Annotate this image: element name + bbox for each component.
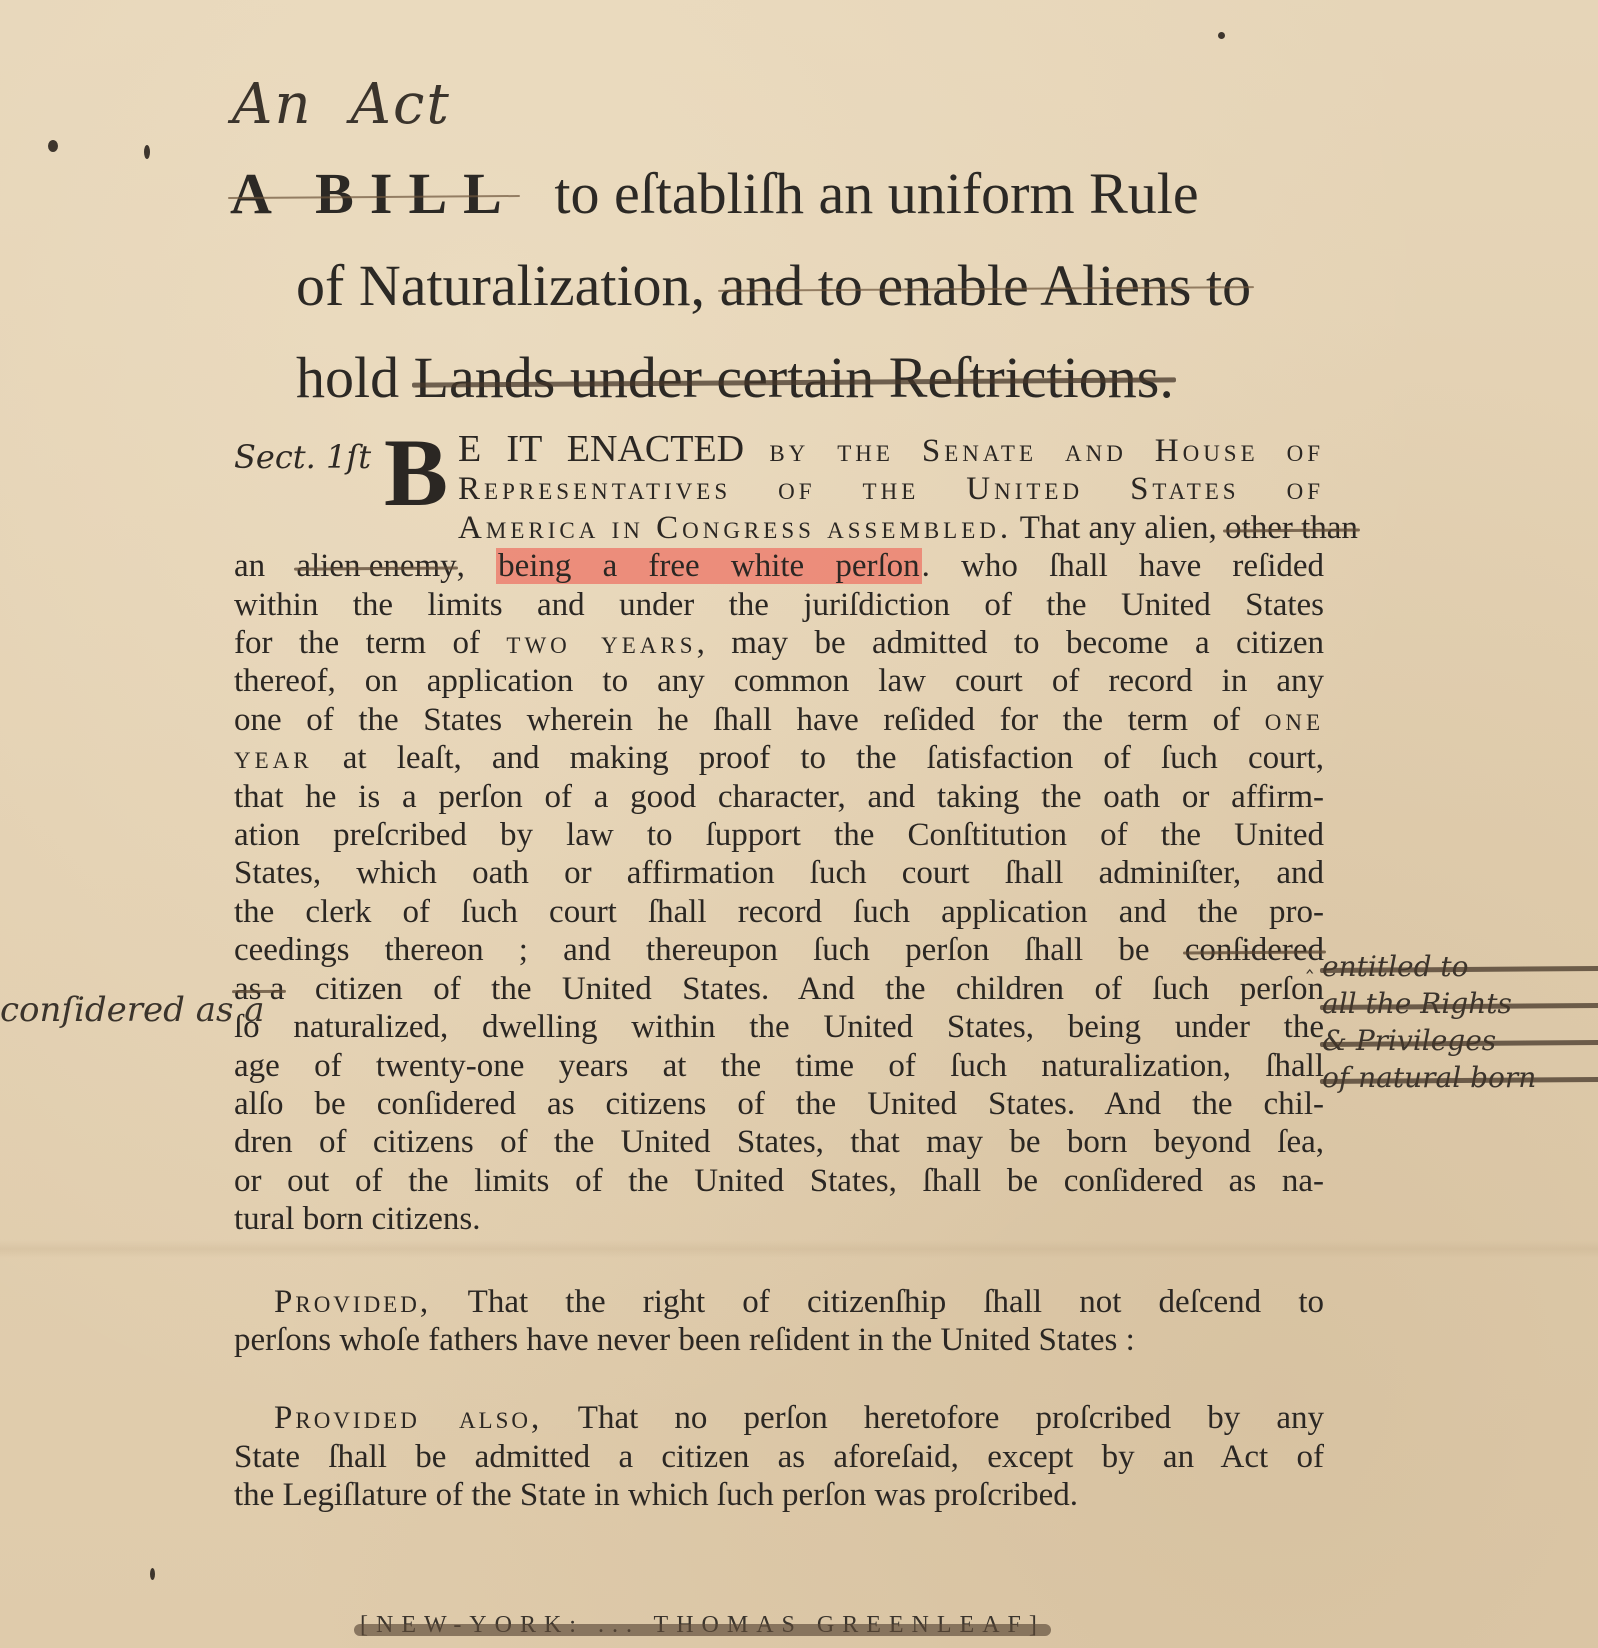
- body-text: alſo be conſidered as citizens of the Un…: [234, 1086, 1324, 1122]
- handwritten-title-insert: AnAct: [232, 72, 489, 137]
- right-margin-note: entitled to all the Rights & Privileges …: [1322, 948, 1598, 1096]
- insertion-caret: ‸: [1306, 948, 1313, 974]
- body-line: one of the States wherein he ſhall have …: [234, 701, 1324, 739]
- struck-title-text: Lands under certain Reſtrictions.: [414, 332, 1174, 424]
- title-text: hold: [296, 345, 399, 410]
- body-text: tural born citizens.: [234, 1201, 481, 1237]
- struck-margin-line: & Privileges: [1322, 1022, 1598, 1059]
- struck-margin-line: all the Rights: [1322, 985, 1598, 1022]
- struck-text: other than: [1225, 509, 1358, 547]
- small-caps-text: two years: [506, 625, 696, 661]
- body-text: the clerk of ſuch court ſhall record ſuc…: [234, 894, 1324, 930]
- section-1-lines: E IT ENACTED by the Senate and House ofR…: [384, 430, 1324, 1239]
- body-line: age of twenty-one years at the time of ſ…: [234, 1047, 1324, 1085]
- body-text: States, which oath or affirmation ſuch c…: [234, 855, 1324, 891]
- struck-text: conſidered: [1185, 931, 1324, 969]
- body-text: citizen of the United States. And the ch…: [284, 971, 1324, 1007]
- body-line: dren of citizens of the United States, t…: [234, 1123, 1324, 1161]
- left-margin-note: conſidered as a: [0, 990, 265, 1030]
- proviso-line: perſons whoſe fathers have never been re…: [234, 1321, 1324, 1359]
- struck-margin-line: of natural born: [1322, 1059, 1598, 1096]
- body-text: That any alien,: [1012, 510, 1225, 546]
- handwritten-word: Act: [351, 72, 451, 137]
- ink-speck: [48, 140, 58, 152]
- body-text: one of the States wherein he ſhall have …: [234, 702, 1265, 738]
- handwritten-word: An: [232, 72, 313, 137]
- body-text: age of twenty-one years at the time of ſ…: [234, 1048, 1324, 1084]
- struck-bill-word: A BILL: [230, 148, 518, 240]
- struck-margin-line: entitled to: [1322, 948, 1598, 985]
- body-line: an alien enemy, being a free white perſo…: [234, 547, 1324, 585]
- small-caps-text: one: [1265, 702, 1324, 738]
- small-caps-text: America in Congress assembled.: [458, 510, 1012, 546]
- document-page: AnAct A BILL to eſtabliſh an uniform Rul…: [0, 0, 1598, 1648]
- body-text: ation preſcribed by law to ſupport the C…: [234, 817, 1324, 853]
- ink-speck: [144, 145, 150, 159]
- struck-title-text: and to enable Aliens to: [720, 240, 1252, 332]
- section-1-text: B E IT ENACTED by the Senate and House o…: [384, 430, 1324, 1239]
- body-text: ſo naturalized, dwelling within the Unit…: [234, 1009, 1324, 1045]
- title-line-3: hold Lands under certain Reſtrictions.: [230, 332, 1360, 424]
- proviso-line: Provided also, That no perſon heretofore…: [274, 1399, 1324, 1437]
- body-text: thereof, on application to any common la…: [234, 663, 1324, 699]
- body-text: an: [234, 548, 296, 584]
- proviso-lead: Provided also,: [274, 1400, 542, 1436]
- title-line-2: of Naturalization, and to enable Aliens …: [230, 240, 1360, 332]
- struck-imprint-line: [NEW-YORK: ... THOMAS GREENLEAF]: [360, 1612, 1045, 1639]
- body-line: ation preſcribed by law to ſupport the C…: [234, 816, 1324, 854]
- ink-speck: [150, 1568, 155, 1580]
- bill-title: A BILL to eſtabliſh an uniform Rule of N…: [230, 148, 1360, 424]
- title-text: to eſtabliſh an uniform Rule: [554, 161, 1198, 226]
- body-line: ſo naturalized, dwelling within the Unit…: [234, 1008, 1324, 1046]
- proviso-line: State ſhall be admitted a citizen as afo…: [234, 1438, 1324, 1476]
- body-text: for the term of: [234, 625, 506, 661]
- body-line: the clerk of ſuch court ſhall record ſuc…: [234, 893, 1324, 931]
- body-line: tural born citizens.: [234, 1200, 1324, 1238]
- proviso-lead: Provided,: [274, 1284, 431, 1320]
- body-line: year at leaſt, and making proof to the ſ…: [234, 739, 1324, 777]
- body-line: ceedings thereon ; and thereupon ſuch pe…: [234, 931, 1324, 969]
- body-line: States, which oath or affirmation ſuch c…: [234, 854, 1324, 892]
- body-text: at leaſt, and making proof to the ſatisf…: [313, 740, 1324, 776]
- body-text: ceedings thereon ; and thereupon ſuch pe…: [234, 932, 1185, 968]
- proviso-2: Provided also, That no perſon heretofore…: [234, 1399, 1324, 1514]
- section-1-body: B E IT ENACTED by the Senate and House o…: [234, 430, 1324, 1515]
- enacting-caps: E IT ENACTED: [458, 428, 769, 470]
- body-text: within the limits and under the juriſdic…: [234, 587, 1324, 623]
- proviso-line: Provided, That the right of citizenſhip …: [274, 1283, 1324, 1321]
- struck-text: alien enemy: [296, 547, 456, 585]
- proviso-line: the Legiſlature of the State in which ſu…: [234, 1476, 1324, 1514]
- small-caps-text: by the Senate and House of: [769, 433, 1324, 469]
- body-text: that he is a perſon of a good character,…: [234, 779, 1324, 815]
- body-line: for the term of two years, may be admitt…: [234, 624, 1324, 662]
- highlighted-text: being a free white perſon: [496, 548, 922, 584]
- body-text: , may be admitted to become a citizen: [697, 625, 1324, 661]
- title-text: of Naturalization,: [296, 253, 705, 318]
- body-line: E IT ENACTED by the Senate and House of: [384, 430, 1324, 470]
- body-line: or out of the limits of the United State…: [234, 1162, 1324, 1200]
- body-line: alſo be conſidered as citizens of the Un…: [234, 1085, 1324, 1123]
- small-caps-text: year: [234, 740, 313, 776]
- title-line-1: A BILL to eſtabliſh an uniform Rule: [230, 148, 1360, 240]
- small-caps-text: Representatives of the United States of: [458, 471, 1324, 507]
- body-line: thereof, on application to any common la…: [234, 662, 1324, 700]
- body-text: dren of citizens of the United States, t…: [234, 1124, 1324, 1160]
- body-line: as a citizen of the United States. And t…: [234, 970, 1324, 1008]
- drop-cap: B: [384, 434, 448, 512]
- body-text: ,: [457, 548, 496, 584]
- body-line: that he is a perſon of a good character,…: [234, 778, 1324, 816]
- proviso-1: Provided, That the right of citizenſhip …: [234, 1283, 1324, 1360]
- body-text: or out of the limits of the United State…: [234, 1163, 1324, 1199]
- body-line: Representatives of the United States of: [384, 470, 1324, 508]
- body-line: within the limits and under the juriſdic…: [234, 586, 1324, 624]
- body-text: . who ſhall have reſided: [922, 548, 1324, 584]
- ink-speck: [1218, 32, 1225, 39]
